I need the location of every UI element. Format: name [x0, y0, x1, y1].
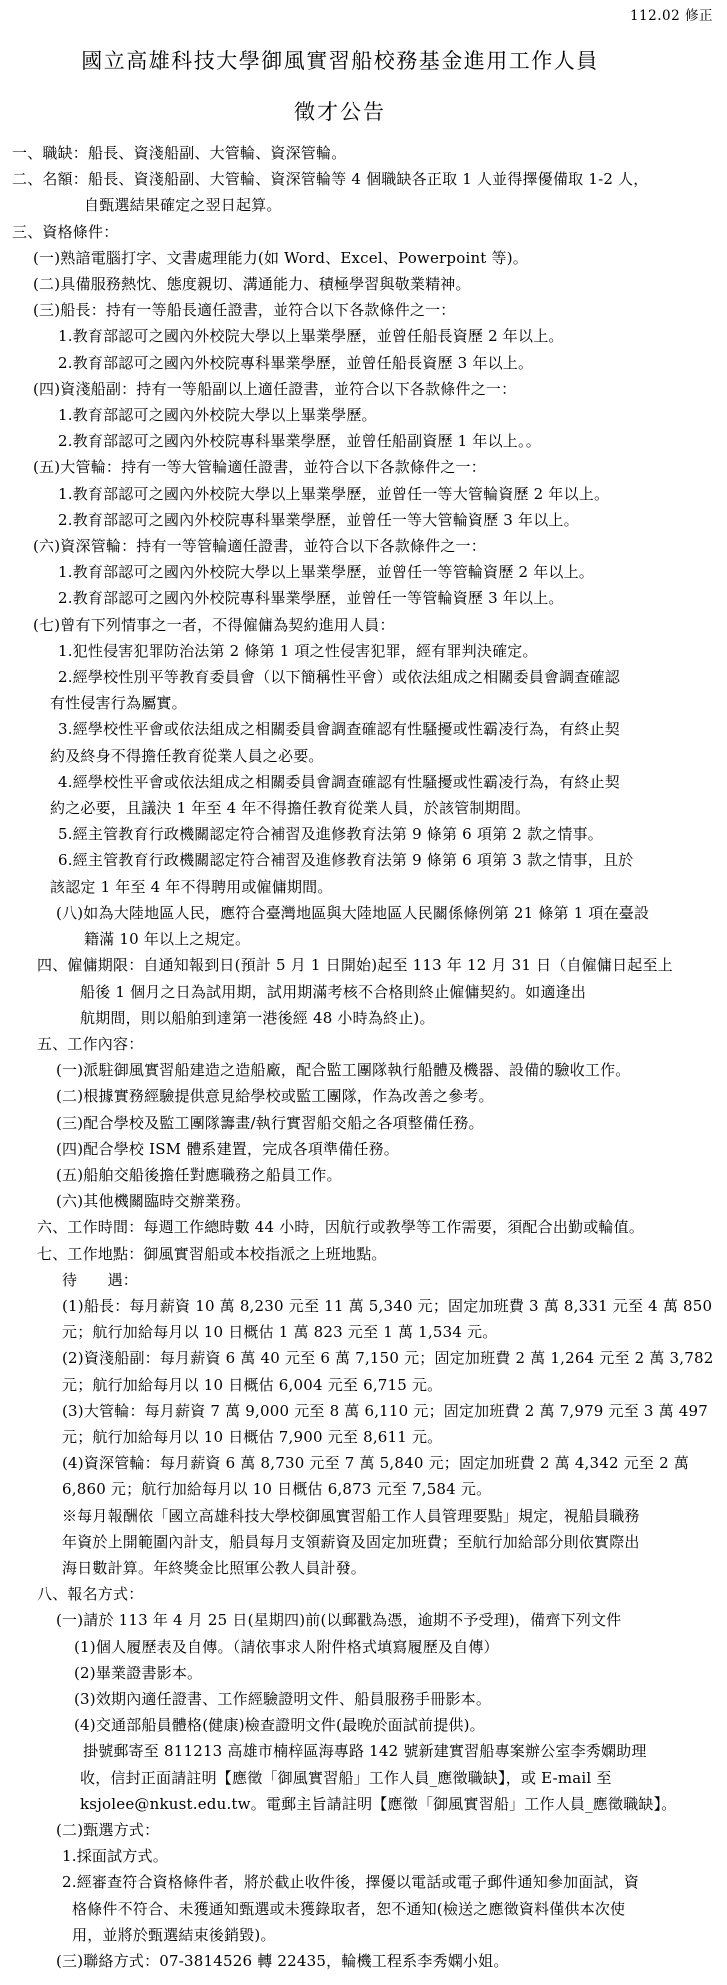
paragraph-28: (一)派駐御風實習船建造之造船廠，配合監工團隊執行船體及機器、設備的驗收工作。: [0, 1057, 717, 1083]
paragraph-37: (1)船長：每月薪資 10 萬 8,230 元至 11 萬 5,340 元；固定…: [0, 1293, 717, 1345]
paragraph-44: (1)個人履歷表及自傳。（請依事求人附件格式填寫履歷及自傳）: [0, 1634, 717, 1660]
paragraph-7: 1.教育部認可之國內外校院大學以上畢業學歷，並曾任船長資歷 2 年以上。: [0, 323, 717, 349]
paragraph-23: 5.經主管教育行政機關認定符合補習及進修教育法第 9 條第 6 項第 2 款之情…: [0, 821, 717, 847]
paragraph-47: (4)交通部船員體格(健康)檢查證明文件(最晚於面試前提供)。: [0, 1712, 717, 1738]
paragraph-24: 6.經主管教育行政機關認定符合補習及進修教育法第 9 條第 6 項第 3 款之情…: [0, 847, 717, 899]
paragraph-34: 六、工作時間：每週工作總時數 44 小時，因航行或教學等工作需要，須配合出勤或輪…: [0, 1214, 717, 1240]
paragraph-19: 1.犯性侵害犯罪防治法第 2 條第 1 項之性侵害犯罪，經有罪判決確定。: [0, 638, 717, 664]
paragraph-4: (一)熟諳電腦打字、文書處理能力(如 Word、Excel、Powerpoint…: [0, 245, 717, 271]
paragraph-25: (八)如為大陸地區人民，應符合臺灣地區與大陸地區人民關係條例第 21 條第 1 …: [0, 900, 717, 952]
paragraph-26: 四、僱傭期限：自通知報到日(預計 5 月 1 日開始)起至 113 年 12 月…: [0, 952, 717, 1031]
paragraph-21: 3.經學校性平會或依法組成之相關委員會調查確認有性騷擾或性霸凌行為，有終止契 約…: [0, 716, 717, 768]
paragraph-40: (4)資深管輪：每月薪資 6 萬 8,730 元至 7 萬 5,840 元；固定…: [0, 1450, 717, 1502]
paragraph-10: 1.教育部認可之國內外校院大學以上畢業學歷。: [0, 402, 717, 428]
paragraph-46: (3)效期內適任證書、工作經驗證明文件、船員服務手冊影本。: [0, 1686, 717, 1712]
paragraph-13: 1.教育部認可之國內外校院大學以上畢業學歷，並曾任一等大管輪資歷 2 年以上。: [0, 481, 717, 507]
paragraph-36: 待 遇：: [0, 1267, 717, 1293]
paragraph-30: (三)配合學校及監工團隊籌畫/執行實習船交船之各項整備任務。: [0, 1110, 717, 1136]
paragraph-22: 4.經學校性平會或依法組成之相關委員會調查確認有性騷擾或性霸凌行為，有終止契 約…: [0, 769, 717, 821]
paragraph-32: (五)船舶交船後擔任對應職務之船員工作。: [0, 1162, 717, 1188]
paragraph-29: (二)根據實務經驗提供意見給學校或監工團隊，作為改善之參考。: [0, 1083, 717, 1109]
paragraph-3: 三、資格條件：: [0, 219, 717, 245]
revision-note: 112.02 修正: [0, 0, 727, 26]
paragraph-12: (五)大管輪：持有一等大管輪適任證書，並符合以下各款條件之一：: [0, 454, 717, 480]
paragraph-18: (七)曾有下列情事之一者，不得僱傭為契約進用人員：: [0, 612, 717, 638]
paragraph-5: (二)具備服務熱忱、態度親切、溝通能力、積極學習與敬業精神。: [0, 271, 717, 297]
paragraph-17: 2.教育部認可之國內外校院專科畢業學歷，並曾任一等管輪資歷 3 年以上。: [0, 585, 717, 611]
paragraph-42: 八、報名方式：: [0, 1581, 717, 1607]
paragraph-33: (六)其他機關臨時交辦業務。: [0, 1188, 717, 1214]
paragraph-50: 1.採面試方式。: [0, 1843, 717, 1869]
paragraph-1: 一、職缺：船長、資淺船副、大管輪、資深管輪。: [0, 140, 717, 166]
paragraph-16: 1.教育部認可之國內外校院大學以上畢業學歷，並曾任一等管輪資歷 2 年以上。: [0, 559, 717, 585]
paragraph-15: (六)資深管輪：持有一等管輪適任證書，並符合以下各款條件之一：: [0, 533, 717, 559]
paragraph-11: 2.教育部認可之國內外校院專科畢業學歷，並曾任船副資歷 1 年以上。。: [0, 428, 717, 454]
paragraph-43: (一)請於 113 年 4 月 25 日(星期四)前(以郵戳為憑，逾期不予受理)…: [0, 1607, 717, 1633]
page-title: 國立高雄科技大學御風實習船校務基金進用工作人員: [0, 46, 680, 76]
paragraph-6: (三)船長：持有一等船長適任證書，並符合以下各款條件之一：: [0, 297, 717, 323]
paragraph-49: (二)甄選方式：: [0, 1817, 717, 1843]
paragraph-38: (2)資淺船副：每月薪資 6 萬 40 元至 6 萬 7,150 元；固定加班費…: [0, 1345, 717, 1397]
paragraph-45: (2)畢業證書影本。: [0, 1660, 717, 1686]
paragraph-2: 二、名額：船長、資淺船副、大管輪、資深管輪等 4 個職缺各正取 1 人並得擇優備…: [0, 166, 717, 218]
recruitment-announcement-page: 112.02 修正 國立高雄科技大學御風實習船校務基金進用工作人員 徵才公告 一…: [0, 0, 727, 1985]
paragraph-48: 掛號郵寄至 811213 高雄市楠梓區海專路 142 號新建實習船專案辦公室李秀…: [0, 1738, 717, 1817]
paragraph-52: (三)聯絡方式：07-3814526 轉 22435，輪機工程系李秀嫻小姐。: [0, 1948, 717, 1974]
paragraph-8: 2.教育部認可之國內外校院專科畢業學歷，並曾任船長資歷 3 年以上。: [0, 350, 717, 376]
document-body: 一、職缺：船長、資淺船副、大管輪、資深管輪。二、名額：船長、資淺船副、大管輪、資…: [0, 140, 727, 1974]
paragraph-35: 七、工作地點：御風實習船或本校指派之上班地點。: [0, 1241, 717, 1267]
paragraph-20: 2.經學校性別平等教育委員會（以下簡稱性平會）或依法組成之相關委員會調查確認 有…: [0, 664, 717, 716]
paragraph-51: 2.經審查符合資格條件者，將於截止收件後，擇優以電話或電子郵件通知參加面試，資 …: [0, 1869, 717, 1948]
paragraph-39: (3)大管輪：每月薪資 7 萬 9,000 元至 8 萬 6,110 元；固定加…: [0, 1398, 717, 1450]
paragraph-9: (四)資淺船副：持有一等船副以上適任證書，並符合以下各款條件之一：: [0, 376, 717, 402]
paragraph-41: ※每月報酬依「國立高雄科技大學校御風實習船工作人員管理要點」規定，視船員職務 年…: [0, 1503, 717, 1582]
paragraph-31: (四)配合學校 ISM 體系建置，完成各項準備任務。: [0, 1136, 717, 1162]
page-subtitle: 徵才公告: [0, 97, 680, 127]
paragraph-14: 2.教育部認可之國內外校院專科畢業學歷，並曾任一等大管輪資歷 3 年以上。: [0, 507, 717, 533]
paragraph-27: 五、工作內容：: [0, 1031, 717, 1057]
